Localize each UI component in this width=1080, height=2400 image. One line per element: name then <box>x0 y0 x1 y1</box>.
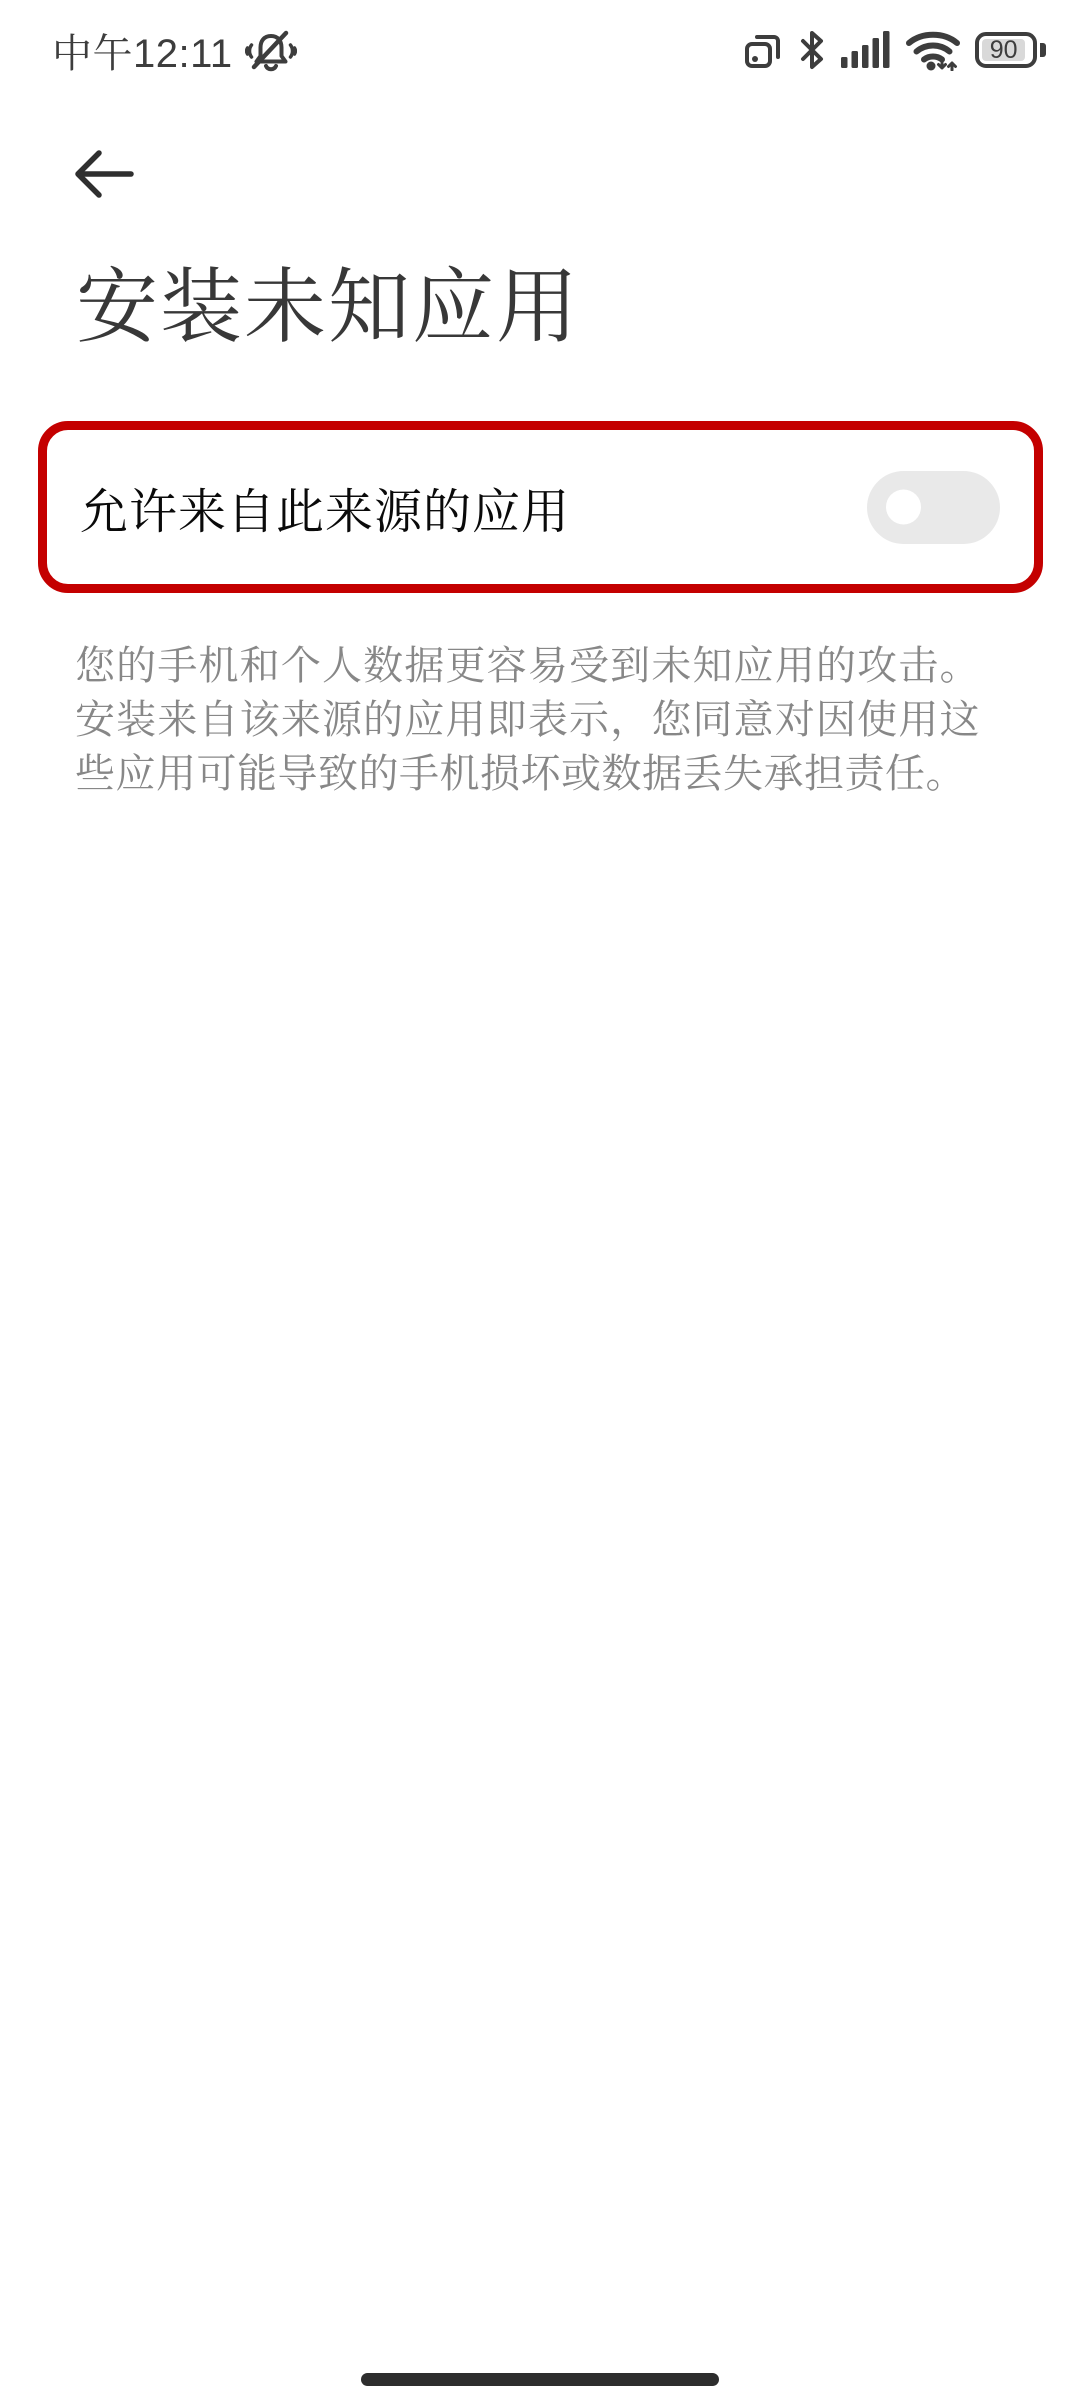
battery-body: 90 <box>975 32 1037 68</box>
bluetooth-icon <box>798 30 826 70</box>
page-title: 安装未知应用 <box>76 261 1080 355</box>
wifi-icon <box>906 29 960 71</box>
allow-toggle[interactable] <box>867 471 1000 544</box>
mute-vibrate-icon <box>245 26 297 74</box>
install-unknown-apps-screen: 中午12:11 <box>0 0 1080 2400</box>
permission-row-label: 允许来自此来源的应用 <box>80 473 570 542</box>
gesture-navigation-bar[interactable] <box>361 2373 719 2386</box>
toggle-knob <box>886 490 921 525</box>
clock: 中午12:11 <box>52 22 233 79</box>
status-bar-right: 90 <box>743 29 1046 71</box>
permission-row[interactable]: 允许来自此来源的应用 <box>80 471 1000 544</box>
battery-fill: 90 <box>982 39 1025 61</box>
floating-window-icon <box>743 30 783 70</box>
battery-cap <box>1040 43 1046 57</box>
status-bar[interactable]: 中午12:11 <box>0 0 1080 100</box>
warning-description: 您的手机和个人数据更容易受到未知应用的攻击。安装来自该来源的应用即表示，您同意对… <box>75 639 980 801</box>
back-button[interactable] <box>72 148 136 200</box>
back-arrow-icon <box>72 148 136 200</box>
battery-percentage: 90 <box>990 38 1018 63</box>
highlight-annotation-box: 允许来自此来源的应用 <box>38 421 1043 593</box>
cellular-signal-icon <box>841 31 891 69</box>
status-bar-left: 中午12:11 <box>52 22 297 79</box>
battery-icon: 90 <box>975 32 1046 68</box>
